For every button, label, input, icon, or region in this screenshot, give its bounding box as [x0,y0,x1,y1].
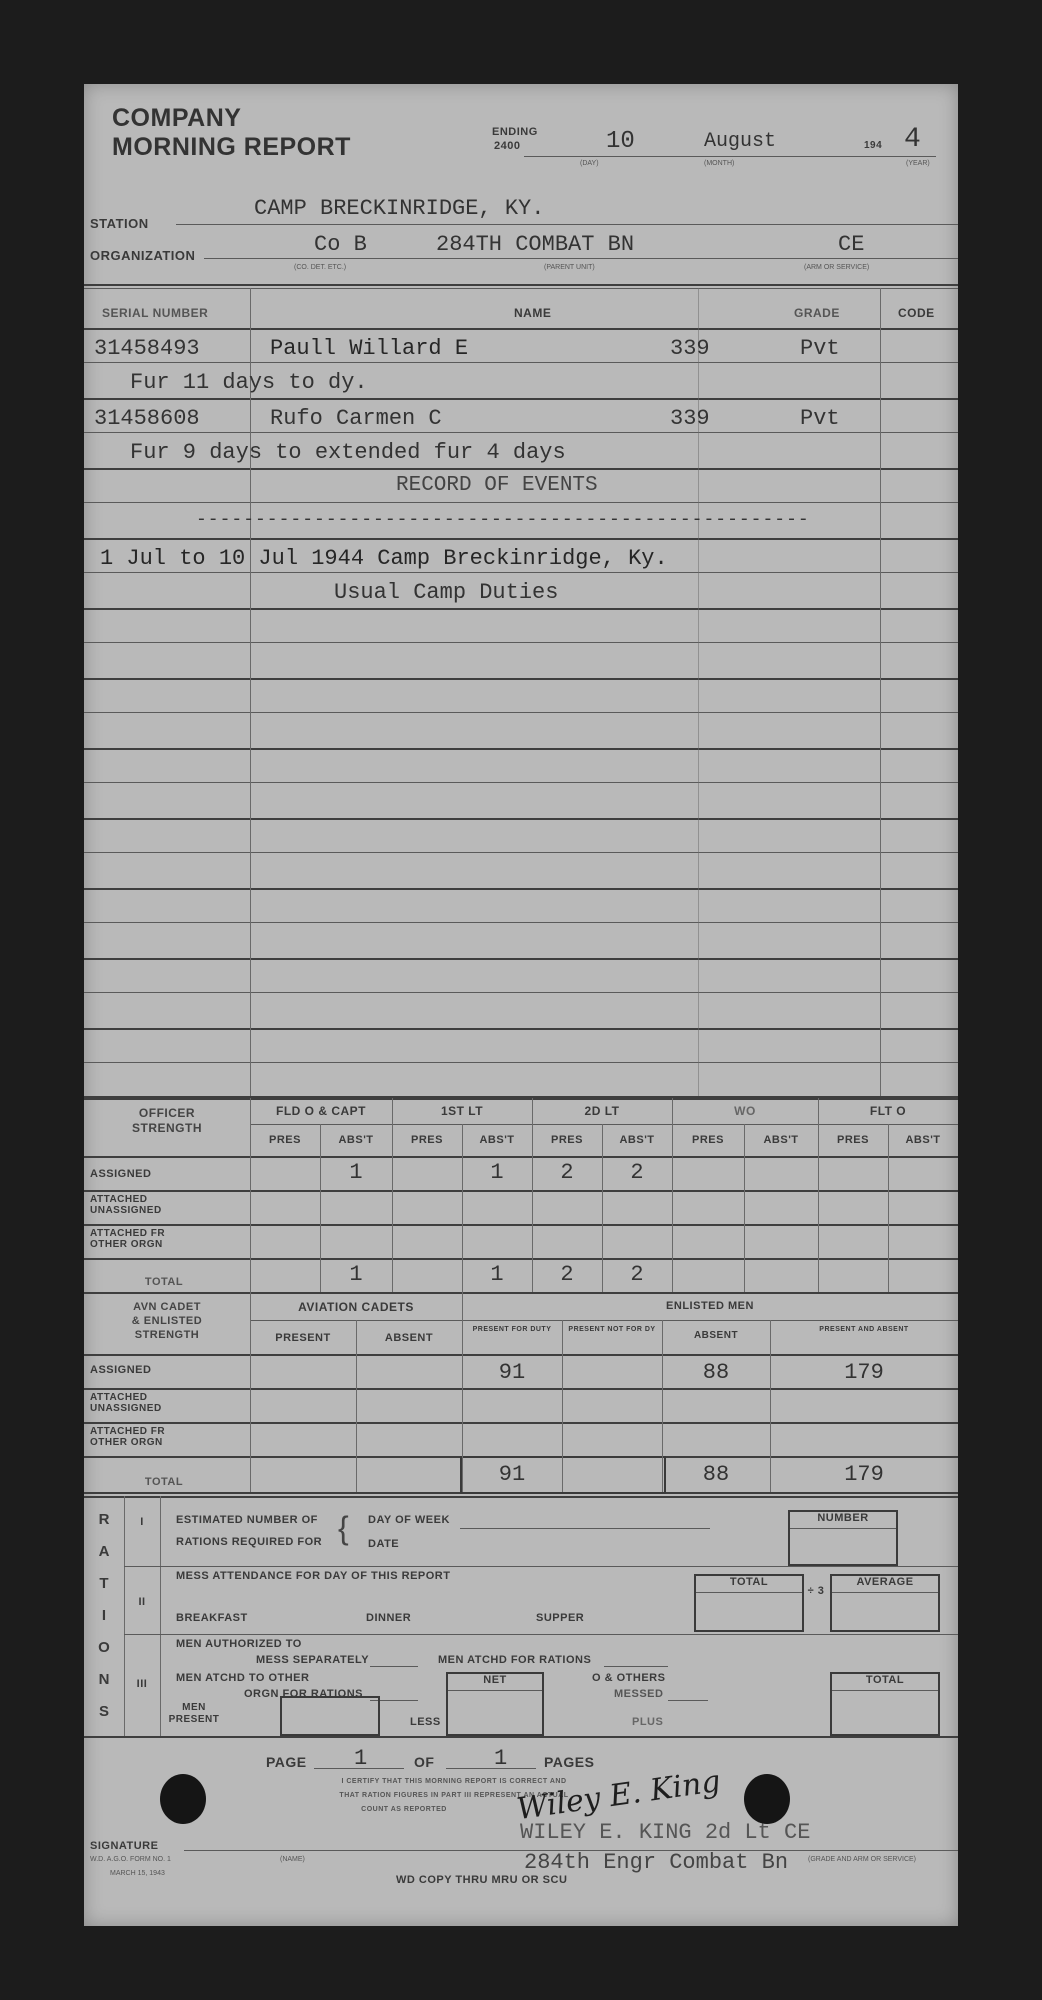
section-i-line1: ESTIMATED NUMBER OF [176,1514,318,1526]
rations-letter: S [84,1696,124,1728]
day-of-week-label: DAY OF WEEK [368,1514,450,1526]
roster-number-1: 339 [670,336,710,361]
subcol-pres-1: PRES [250,1134,320,1146]
subcol-pres-4: PRES [672,1134,744,1146]
event-line-1: 1 Jul to 10 Jul 1944 Camp Breckinridge, … [100,546,668,571]
enlisted-present-for-duty-col: PRESENT FOR DUTY [462,1324,562,1335]
form-id: W.D. A.G.O. FORM NO. 1 [90,1856,171,1863]
signer-typed-name: WILEY E. KING 2d Lt CE [520,1820,810,1845]
enlisted-absent-total: 88 [662,1462,770,1487]
enlisted-row-total-label: TOTAL [84,1476,244,1488]
officer-title-line2: STRENGTH [84,1121,250,1136]
dinner-label: DINNER [366,1612,411,1624]
ending-time: 2400 [494,140,520,152]
station-label: STATION [90,216,149,231]
signer-unit: 284th Engr Combat Bn [524,1850,788,1875]
unit-caption: (CO. DET. ETC.) [294,264,346,271]
men-authorized-line2: MESS SEPARATELY [256,1654,369,1666]
parent-caption: (PARENT UNIT) [544,264,595,271]
signature-label: SIGNATURE [90,1840,158,1852]
col-name: NAME [514,306,551,320]
roster-number-2: 339 [670,406,710,431]
section-iii-numeral: III [124,1678,160,1690]
men-atchd-for-rations-label: MEN ATCHD FOR RATIONS [438,1654,591,1666]
pages-label: PAGES [544,1754,594,1770]
morning-report-form: COMPANY MORNING REPORT ENDING 2400 10 (D… [84,84,958,1926]
section-i-numeral: I [124,1516,160,1528]
men-present-label: MEN PRESENT [164,1702,224,1726]
station-value: CAMP BRECKINRIDGE, KY. [254,196,544,221]
cadets-absent-col: ABSENT [356,1332,462,1344]
roster-serial-1: 31458493 [94,336,200,361]
col-grade: GRADE [794,306,840,320]
enlisted-title-line1: AVN CADET [84,1300,250,1314]
roster-name-1: Paull Willard E [270,336,468,361]
total-duty-box [460,1456,666,1494]
subcol-abst-4: ABS'T [744,1134,818,1146]
record-of-events-heading: RECORD OF EVENTS [396,474,598,497]
copy-note: WD COPY THRU MRU OR SCU [396,1874,567,1886]
officer-fld-abst-assigned: 1 [320,1160,392,1185]
form-title-line1: COMPANY [112,104,241,133]
report-month: August [704,130,776,153]
rations-letter: N [84,1664,124,1696]
officer-row-attached-unassigned-label: ATTACHED UNASSIGNED [90,1194,190,1216]
page-label: PAGE [266,1754,307,1770]
officer-title-line1: OFFICER [84,1106,250,1121]
event-line-2: Usual Camp Duties [334,580,558,605]
subcol-pres-5: PRES [818,1134,888,1146]
day-caption: (DAY) [580,160,599,167]
mess-attendance-heading: MESS ATTENDANCE FOR DAY OF THIS REPORT [176,1570,450,1582]
officer-fld-abst-total: 1 [320,1262,392,1287]
number-box-label: NUMBER [790,1512,896,1524]
officer-2lt-pres-total: 2 [532,1262,602,1287]
organization-service: CE [838,232,864,257]
officer-1lt-abst-total: 1 [462,1262,532,1287]
service-caption: (ARM OR SERVICE) [804,264,869,271]
supper-label: SUPPER [536,1612,584,1624]
month-caption: (MONTH) [704,160,734,167]
section-ii-numeral: II [124,1596,160,1608]
organization-unit: Co B [314,232,367,257]
rations-side-label: R A T I O N S [84,1504,124,1728]
group-fld-o-capt: FLD O & CAPT [250,1104,392,1118]
rations-letter: A [84,1536,124,1568]
certify-line3: COUNT AS REPORTED [264,1806,544,1813]
officer-row-assigned-label: ASSIGNED [90,1168,151,1180]
group-2d-lt: 2D LT [532,1104,672,1118]
enlisted-strength-title: AVN CADET & ENLISTED STRENGTH [84,1300,250,1342]
rations-total-label: TOTAL [832,1674,938,1686]
enlisted-pa-assigned: 179 [770,1360,958,1385]
year-prefix: 194 [864,140,882,151]
subcol-pres-2: PRES [392,1134,462,1146]
rations-letter: R [84,1504,124,1536]
organization-parent: 284TH COMBAT BN [436,232,634,257]
enlisted-pfd-assigned: 91 [462,1360,562,1385]
messed-label: MESSED [614,1688,663,1700]
roster-remark-2: Fur 9 days to extended fur 4 days [130,440,566,465]
enlisted-row-assigned-label: ASSIGNED [90,1364,151,1376]
men-present-box[interactable] [280,1696,380,1736]
subcol-abst-1: ABS'T [320,1134,392,1146]
officer-2lt-abst-total: 2 [602,1262,672,1287]
officer-strength-title: OFFICER STRENGTH [84,1106,250,1136]
average-label: AVERAGE [832,1576,938,1588]
enlisted-absent-col: ABSENT [662,1330,770,1341]
enlisted-row-attached-unassigned-label: ATTACHED UNASSIGNED [90,1392,190,1414]
events-separator: ----------------------------------------… [196,510,810,530]
plus-label: PLUS [632,1716,663,1728]
mess-total-label: TOTAL [696,1576,802,1588]
year-digit: 4 [904,124,921,155]
men-atchd-line1: MEN ATCHD TO OTHER [176,1672,309,1684]
enlisted-absent-assigned: 88 [662,1360,770,1385]
grade-caption: (GRADE AND ARM OR SERVICE) [808,1856,916,1863]
enlisted-present-and-absent-col: PRESENT AND ABSENT [770,1324,958,1335]
year-caption: (YEAR) [906,160,930,167]
breakfast-label: BREAKFAST [176,1612,248,1624]
officer-row-attached-fr-label: ATTACHED FR OTHER ORGN [90,1228,190,1250]
ending-label: ENDING [492,126,538,138]
officer-2lt-abst-assigned: 2 [602,1160,672,1185]
binder-hole-left [160,1774,206,1824]
enlisted-title-line3: STRENGTH [84,1328,250,1342]
officer-2lt-pres-assigned: 2 [532,1160,602,1185]
net-label: NET [448,1674,542,1686]
roster-grade-2: Pvt [800,406,840,431]
enlisted-pa-total: 179 [770,1462,958,1487]
o-others-label: O & OTHERS [592,1672,665,1684]
less-label: LESS [410,1716,441,1728]
group-flt-o: FLT O [818,1104,958,1118]
rations-letter: T [84,1568,124,1600]
form-title-line2: MORNING REPORT [112,133,351,162]
group-wo: WO [672,1104,818,1118]
group-1st-lt: 1ST LT [392,1104,532,1118]
roster-name-2: Rufo Carmen C [270,406,442,431]
section-i-line2: RATIONS REQUIRED FOR [176,1536,322,1548]
enlisted-men-header: ENLISTED MEN [462,1300,958,1312]
cadets-present-col: PRESENT [250,1332,356,1344]
date-label: DATE [368,1538,399,1550]
report-day: 10 [606,128,635,155]
officer-row-total-label: TOTAL [84,1276,244,1288]
form-date: MARCH 15, 1943 [110,1870,165,1877]
men-authorized-line1: MEN AUTHORIZED TO [176,1638,302,1650]
roster-serial-2: 31458608 [94,406,200,431]
organization-label: ORGANIZATION [90,248,195,263]
officer-1lt-abst-assigned: 1 [462,1160,532,1185]
of-label: OF [414,1754,434,1770]
divide-by-three: ÷ 3 [806,1584,826,1598]
rations-letter: O [84,1632,124,1664]
rations-letter: I [84,1600,124,1632]
handwritten-signature: Wiley E. King [515,1764,723,1827]
col-code: CODE [898,306,935,320]
enlisted-row-attached-fr-label: ATTACHED FR OTHER ORGN [90,1426,190,1448]
binder-hole-right [744,1774,790,1824]
roster-grade-1: Pvt [800,336,840,361]
subcol-pres-3: PRES [532,1134,602,1146]
name-caption: (NAME) [280,1856,305,1863]
aviation-cadets-header: AVIATION CADETS [250,1300,462,1314]
subcol-abst-5: ABS'T [888,1134,958,1146]
enlisted-title-line2: & ENLISTED [84,1314,250,1328]
col-serial-number: SERIAL NUMBER [102,306,208,320]
roster-remark-1: Fur 11 days to dy. [130,370,368,395]
subcol-abst-2: ABS'T [462,1134,532,1146]
subcol-abst-3: ABS'T [602,1134,672,1146]
enlisted-present-not-for-dy-col: PRESENT NOT FOR DY [562,1324,662,1335]
